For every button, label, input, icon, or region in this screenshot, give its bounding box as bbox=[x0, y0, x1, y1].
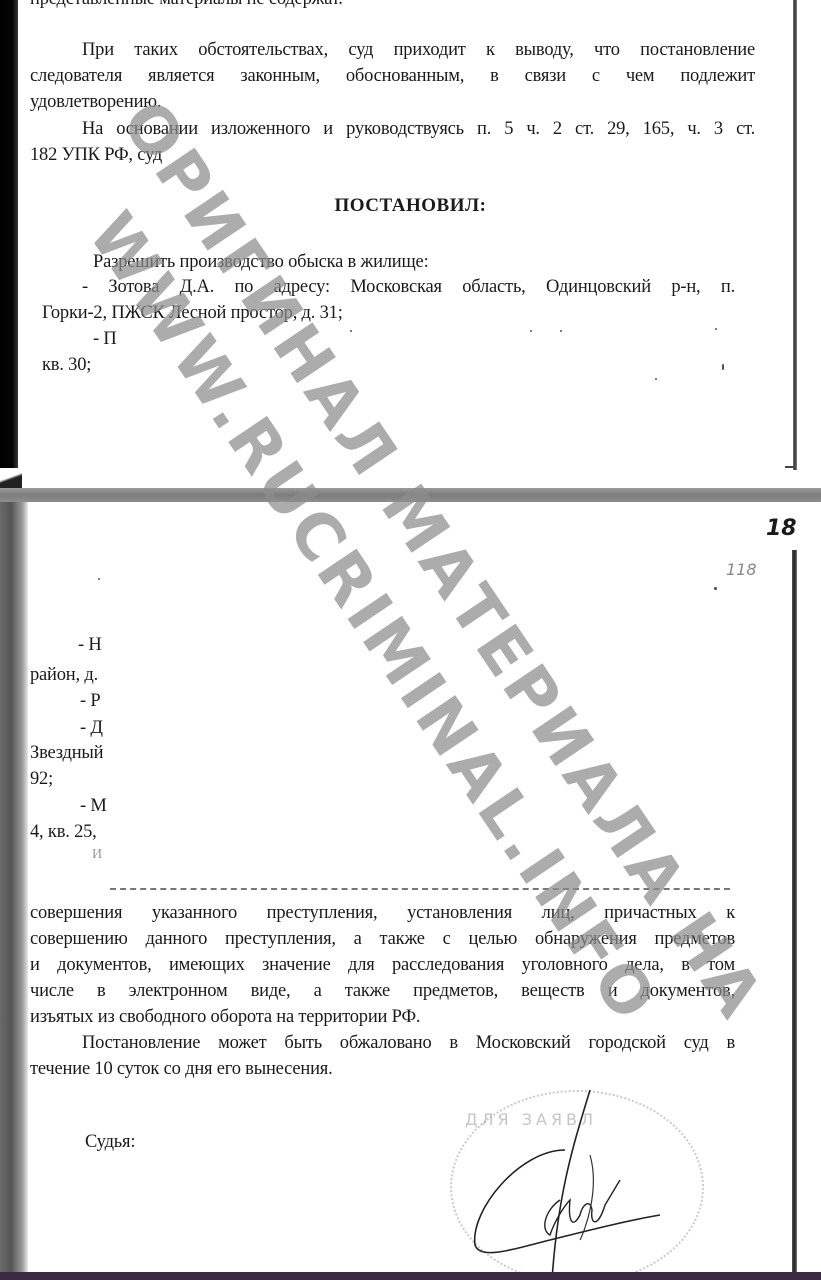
search-item-line: Горки-2, ПЖСК Лесной простор, д. 31; bbox=[42, 300, 343, 326]
cut-off-line: представленные материалы не содержат. bbox=[30, 0, 343, 12]
redacted-fragment: И bbox=[92, 842, 102, 868]
page-separator bbox=[0, 488, 821, 502]
document-page-top: представленные материалы не содержат. Пр… bbox=[0, 0, 821, 488]
paragraph-line: удовлетворению. bbox=[30, 89, 161, 115]
scan-speck bbox=[350, 330, 352, 332]
bottom-strip bbox=[0, 1272, 821, 1280]
page-frame-line bbox=[793, 0, 797, 470]
redacted-item-end: кв. 30; bbox=[42, 352, 91, 378]
redacted-fragment: 92; bbox=[30, 766, 53, 792]
redacted-fragment: - Р bbox=[80, 688, 100, 714]
scan-speck bbox=[722, 364, 724, 370]
scan-speck bbox=[560, 330, 562, 332]
scan-speck bbox=[655, 378, 657, 380]
scan-speck bbox=[98, 578, 100, 580]
purpose-line: числе в электронном виде, а также предме… bbox=[30, 978, 735, 1004]
scan-speck bbox=[715, 328, 717, 330]
pencil-page-mark: 118 bbox=[726, 560, 757, 579]
paragraph-line: На основании изложенного и руководствуяс… bbox=[30, 116, 755, 142]
decision-intro: Разрешить производство обыска в жилище: bbox=[93, 249, 429, 275]
redacted-fragment: - М bbox=[80, 793, 107, 819]
scan-speck bbox=[714, 587, 717, 590]
purpose-line: и документов, имеющих значение для рассл… bbox=[30, 952, 735, 978]
judge-label: Судья: bbox=[85, 1129, 135, 1155]
purpose-line: совершению данного преступления, а также… bbox=[30, 926, 735, 952]
redacted-fragment: - Д bbox=[80, 715, 103, 741]
redacted-fragment: 4, кв. 25, bbox=[30, 819, 97, 845]
scan-edge-corner bbox=[0, 468, 22, 488]
paragraph-line: следователя является законным, обоснован… bbox=[30, 63, 755, 89]
scan-speck bbox=[530, 330, 532, 332]
purpose-line: совершения указанного преступления, уста… bbox=[30, 900, 735, 926]
appeal-line: Постановление может быть обжаловано в Мо… bbox=[30, 1030, 735, 1056]
redacted-fragment: район, д. bbox=[30, 662, 98, 688]
judge-signature bbox=[440, 1080, 700, 1280]
redacted-fragment: Звездный bbox=[30, 740, 103, 766]
paragraph-line: 182 УПК РФ, суд bbox=[30, 142, 162, 168]
folio-number: 18 bbox=[766, 516, 797, 541]
redacted-item-start: - П bbox=[93, 326, 117, 352]
appeal-line: течение 10 суток со дня его вынесения. bbox=[30, 1056, 333, 1082]
cut-off-text-line bbox=[110, 888, 730, 892]
paragraph-line: При таких обстоятельствах, суд приходит … bbox=[30, 37, 755, 63]
decision-heading: ПОСТАНОВИЛ: bbox=[0, 195, 821, 217]
page-frame-foot bbox=[785, 466, 795, 468]
page-frame-line bbox=[792, 550, 797, 1272]
purpose-line: изъятых из свободного оборота на террито… bbox=[30, 1004, 420, 1030]
search-item-line: - Зотова Д.А. по адресу: Московская обла… bbox=[30, 274, 735, 300]
scan-edge-shadow bbox=[0, 0, 18, 478]
scan-edge-shadow bbox=[0, 502, 28, 1272]
redacted-fragment: - Н bbox=[78, 632, 102, 658]
